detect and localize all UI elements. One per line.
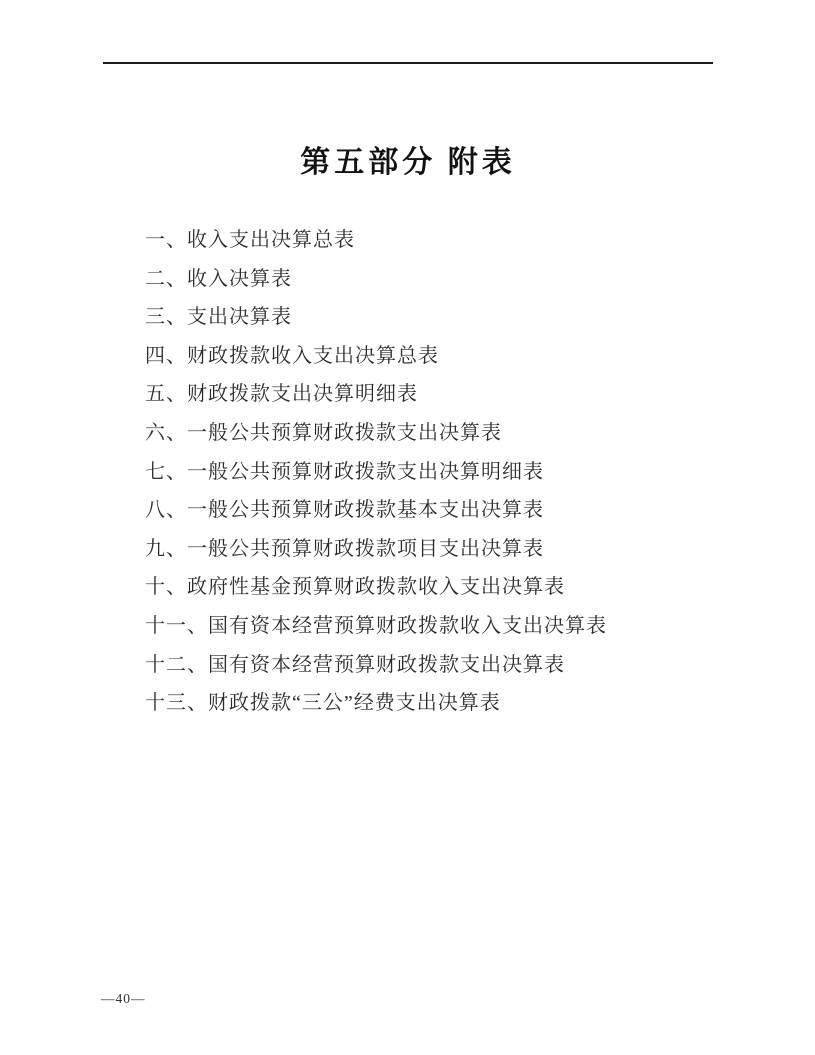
table-list-item: 五、财政拨款支出决算明细表	[145, 375, 705, 414]
table-list-item: 三、支出决算表	[145, 298, 705, 337]
header-rule	[103, 62, 713, 64]
table-list-item: 一、收入支出决算总表	[145, 221, 705, 260]
document-page: 第五部分 附表 一、收入支出决算总表 二、收入决算表 三、支出决算表 四、财政拨…	[0, 0, 815, 1055]
table-list-item: 六、一般公共预算财政拨款支出决算表	[145, 414, 705, 453]
table-list-item: 八、一般公共预算财政拨款基本支出决算表	[145, 491, 705, 530]
table-list-item: 十一、国有资本经营预算财政拨款收入支出决算表	[145, 607, 705, 646]
page-number: —40—	[101, 991, 146, 1007]
table-list-item: 十、政府性基金预算财政拨款收入支出决算表	[145, 568, 705, 607]
table-list-item: 九、一般公共预算财政拨款项目支出决算表	[145, 530, 705, 569]
table-list-item: 二、收入决算表	[145, 260, 705, 299]
attached-tables-list: 一、收入支出决算总表 二、收入决算表 三、支出决算表 四、财政拨款收入支出决算总…	[145, 221, 705, 723]
section-title: 第五部分 附表	[103, 137, 713, 181]
table-list-item: 十三、财政拨款“三公”经费支出决算表	[145, 684, 705, 723]
table-list-item: 四、财政拨款收入支出决算总表	[145, 337, 705, 376]
table-list-item: 十二、国有资本经营预算财政拨款支出决算表	[145, 646, 705, 685]
table-list-item: 七、一般公共预算财政拨款支出决算明细表	[145, 453, 705, 492]
